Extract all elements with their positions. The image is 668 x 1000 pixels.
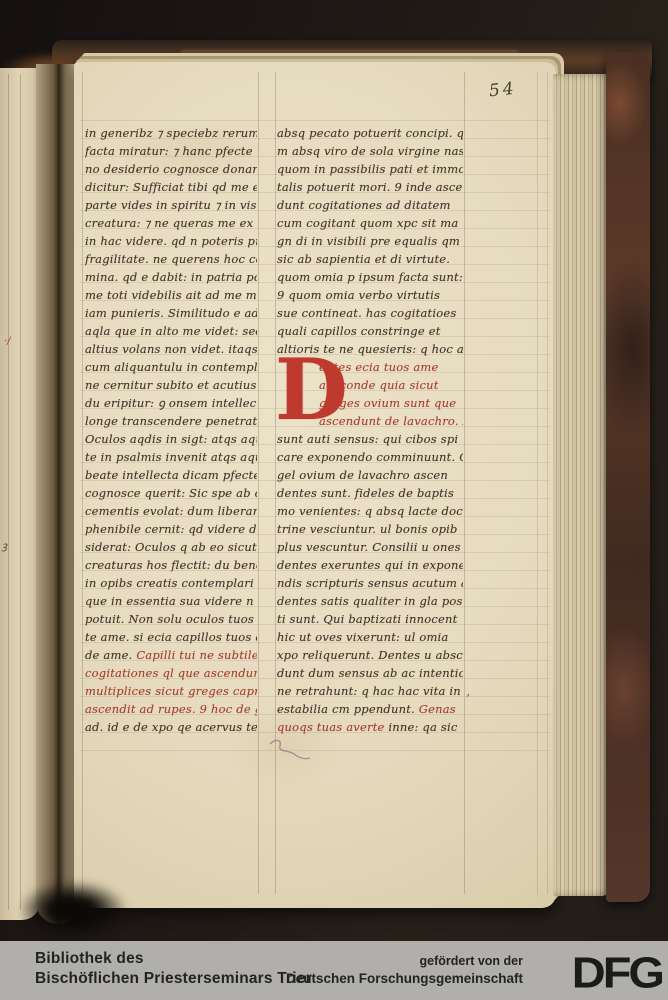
- manuscript-line: quoqs tuas averte inne: qa sic: [277, 718, 463, 736]
- book-spine-highlight: [180, 50, 520, 60]
- manuscript-line: beate intellecta dicam pfecte: [85, 466, 257, 484]
- ink-text: talis potuerit mori. 9 inde asce: [277, 180, 463, 194]
- ink-text: cum cogitant quom xpc sit ma: [277, 216, 458, 230]
- manuscript-line: hic ut oves vixerunt: ul omia: [277, 628, 463, 646]
- manuscript-line: in hac videre. qd n poteris previa: [85, 232, 257, 250]
- manuscript-line: ndis scripturis sensus acutum ad: [277, 574, 463, 592]
- ink-text: mo venientes: q absq lacte doc: [277, 504, 463, 518]
- column-rule: [464, 72, 465, 894]
- manuscript-line: dentes sunt. fideles de baptis: [277, 484, 463, 502]
- ink-text: cognosce querit: Sic spe ab ocult: [85, 486, 257, 500]
- ink-text: hic ut oves vixerunt: ul omia: [277, 630, 448, 644]
- ink-text: de ame.: [85, 648, 136, 662]
- manuscript-line: cum cogitant quom xpc sit ma: [277, 214, 463, 232]
- margin-rule: [547, 72, 548, 894]
- manuscript-line: Oculos aqdis in sigt: atqs aqua: [85, 430, 257, 448]
- manuscript-line: no desiderio cognosce donari. sz et: [85, 160, 257, 178]
- ink-text: cementis evolat: dum liberam: [85, 504, 257, 518]
- pen-flourish-mark: [268, 736, 312, 764]
- ink-text: in opibs creatis contemplari sita: [85, 576, 257, 590]
- ink-text: sic ab sapientia et di virtute.: [277, 252, 450, 266]
- ink-text: fragilitate. ne querens hoc confici: [85, 252, 257, 266]
- ink-text: potuit. Non solu oculos tuos au: [85, 612, 257, 626]
- rubric-text: ascendit ad rupes. 9 hoc de gala: [85, 702, 257, 716]
- ink-text: dunt dum sensus ab ac intentio: [277, 666, 463, 680]
- ink-text: m absq viro de sola virgine nasci.: [277, 144, 463, 158]
- ink-text: quom omia p ipsum facta sunt:: [277, 270, 463, 284]
- ink-text: parte vides in spiritu ⁊ in visibili: [85, 198, 257, 212]
- ink-text: quom in passibilis pati et immor: [277, 162, 463, 176]
- manuscript-line: iam punieris. Similitudo e ad: [85, 304, 257, 322]
- manuscript-line: mo venientes: q absq lacte doc: [277, 502, 463, 520]
- manuscript-line: me toti videbilis ait ad me man: [85, 286, 257, 304]
- ink-text: dunt cogitationes ad ditatem: [277, 198, 451, 212]
- manuscript-line: cogitationes ql que ascendunt: [85, 664, 257, 682]
- manuscript-line: ad. id e de xpo qe acervus testimo: [85, 718, 257, 736]
- manuscript-line: quali capillos constringe et: [277, 322, 463, 340]
- ink-text: dentes satis qualiter in gla posi: [277, 594, 463, 608]
- ink-text: gn di in visibili pre equalis qm: [277, 234, 460, 248]
- manuscript-line: que in essentia sua videre n: [85, 592, 257, 610]
- manuscript-line: te in psalmis invenit atqs aqua: [85, 448, 257, 466]
- facing-page-edge: ·/ ꝫ: [0, 68, 40, 920]
- ink-text: estabilia cm ppendunt.: [277, 702, 419, 716]
- manuscript-line: phenibile cernit: qd videre de: [85, 520, 257, 538]
- ink-text: quali capillos constringe et: [277, 324, 441, 338]
- manuscript-line: sue contineat. has cogitatioes: [277, 304, 463, 322]
- ink-text: plus vescuntur. Consilii u ones: [277, 540, 461, 554]
- ink-text: phenibile cernit: qd videre de: [85, 522, 257, 536]
- manuscript-line: dunt dum sensus ab ac intentio: [277, 664, 463, 682]
- manuscript-line: du eripitur: ꝯ onsem intellectu: [85, 394, 257, 412]
- rubric-text: quoqs tuas averte: [277, 720, 385, 734]
- manuscript-line: ascendit ad rupes. 9 hoc de gala: [85, 700, 257, 718]
- manuscript-line: in opibs creatis contemplari sita: [85, 574, 257, 592]
- ink-text: longe transcendere penetratur.: [85, 414, 257, 428]
- manuscript-line: de ame. Capilli tui ne subtiles: [85, 646, 257, 664]
- manuscript-line: sic ab sapientia et di virtute.: [277, 250, 463, 268]
- manuscript-line: gel ovium de lavachro ascen: [277, 466, 463, 484]
- manuscript-line: trine vesciuntur. ul bonis opib: [277, 520, 463, 538]
- manuscript-line: ti sunt. Qui baptizati innocent: [277, 610, 463, 628]
- ink-text: absq pecato potuerit concipi. quo: [277, 126, 463, 140]
- book-cover-board: [606, 52, 650, 902]
- ink-text: iam punieris. Similitudo e ad: [85, 306, 257, 320]
- ink-text: ne cernitur subito et acutius uo: [85, 378, 257, 392]
- manuscript-line: parte vides in spiritu ⁊ in visibili: [85, 196, 257, 214]
- manuscript-line: m absq viro de sola virgine nasci.: [277, 142, 463, 160]
- manuscript-line: creaturas hos flectit: du bene: [85, 556, 257, 574]
- ink-text: xpo reliquerunt. Dentes u abscon: [277, 648, 463, 662]
- ink-text: inne: qa sic: [385, 720, 458, 734]
- ink-text: Dentes: [459, 414, 463, 428]
- manuscript-line: dentes exeruntes qui in expone: [277, 556, 463, 574]
- ink-text: cum aliquantulu in contemplatio: [85, 360, 257, 374]
- ink-text: no desiderio cognosce donari. sz et: [85, 162, 257, 176]
- credit-footer-bar: Bibliothek des Bischöflichen Priestersem…: [0, 941, 668, 1000]
- ink-text: me toti videbilis ait ad me man: [85, 288, 257, 302]
- funding-credit: gefördert von der Deutschen Forschungsge…: [286, 952, 523, 988]
- manuscript-line: talis potuerit mori. 9 inde asce: [277, 178, 463, 196]
- ink-text: aqla que in alto me videt: sed: [85, 324, 257, 338]
- ink-text: te ame. si ecia capillos tuos com: [85, 630, 257, 644]
- manuscript-line: xpo reliquerunt. Dentes u abscon: [277, 646, 463, 664]
- digitized-manuscript-viewer: ·/ ꝫ 54 in generibz ⁊ speciebz rerum stu…: [0, 0, 668, 1000]
- margin-rule: [537, 72, 538, 894]
- ink-text: trine vesciuntur. ul bonis opib: [277, 522, 458, 536]
- manuscript-line: creatura: ⁊ ne queras me ex toto: [85, 214, 257, 232]
- column-rule: [258, 72, 259, 894]
- manuscript-line: cementis evolat: dum liberam: [85, 502, 257, 520]
- manuscript-line: quom omia p ipsum facta sunt:: [277, 268, 463, 286]
- ink-text: ne retrahunt: q hac hac vita in: [277, 684, 461, 698]
- manuscript-line: quom in passibilis pati et immor: [277, 160, 463, 178]
- page-block-fore-edge: [553, 74, 611, 896]
- ink-text: creaturas hos flectit: du bene: [85, 558, 257, 572]
- manuscript-line: te ame. si ecia capillos tuos com: [85, 628, 257, 646]
- manuscript-line: mina. qd e dabit: in patria pollici: [85, 268, 257, 286]
- manuscript-line: fragilitate. ne querens hoc confici: [85, 250, 257, 268]
- ink-text: sue contineat. has cogitatioes: [277, 306, 456, 320]
- ink-text: 9 quom omia verbo virtutis: [277, 288, 440, 302]
- ink-text: dentes sunt. fideles de baptis: [277, 486, 454, 500]
- manuscript-line: potuit. Non solu oculos tuos au: [85, 610, 257, 628]
- ink-text: ti sunt. Qui baptizati innocent: [277, 612, 457, 626]
- page-edge-line: [8, 74, 9, 910]
- page-edge-line: [20, 74, 21, 910]
- ink-text: siderat: Oculos q ab eo sicut ad: [85, 540, 257, 554]
- library-credit: Bibliothek des Bischöflichen Priestersem…: [35, 949, 312, 989]
- ink-text: dentes exeruntes qui in expone: [277, 558, 463, 572]
- funding-credit-line2: Deutschen Forschungsgemeinschaft: [286, 970, 523, 988]
- manuscript-line: cum aliquantulu in contemplatio: [85, 358, 257, 376]
- funding-credit-line1: gefördert von der: [286, 952, 523, 970]
- ink-text: ad. id e de xpo qe acervus testimo: [85, 720, 257, 734]
- rubricated-initial-D: D: [275, 352, 348, 428]
- manuscript-line: gn di in visibili pre equalis qm: [277, 232, 463, 250]
- rubric-text: multiplices sicut greges caprinu: [85, 684, 257, 698]
- ink-text: altius volans non videt. itaqs: [85, 342, 257, 356]
- manuscript-line: dunt cogitationes ad ditatem: [277, 196, 463, 214]
- ink-text: facta miratur: ⁊ hanc pfecte mag: [85, 144, 257, 158]
- ink-text: beate intellecta dicam pfecte: [85, 468, 257, 482]
- manuscript-line: aqla que in alto me videt: sed: [85, 322, 257, 340]
- ink-text: que in essentia sua videre n: [85, 594, 254, 608]
- manuscript-line: ne retrahunt: q hac hac vita in: [277, 682, 463, 700]
- manuscript-line: altius volans non videt. itaqs: [85, 340, 257, 358]
- column-rule: [82, 72, 83, 894]
- ink-text: creatura: ⁊ ne queras me ex toto: [85, 216, 257, 230]
- manuscript-line: in generibz ⁊ speciebz rerum stupe: [85, 124, 257, 142]
- column-rule: [275, 72, 276, 894]
- manuscript-line: siderat: Oculos q ab eo sicut ad: [85, 538, 257, 556]
- ink-text: dicitur: Sufficiat tibi qd me ex: [85, 180, 257, 194]
- gutter-bottom-shadow: [18, 880, 128, 940]
- ink-text: du eripitur: ꝯ onsem intellectu: [85, 396, 257, 410]
- manuscript-line: care exponendo comminuunt. Gre: [277, 448, 463, 466]
- ink-text: te in psalmis invenit atqs aqua: [85, 450, 257, 464]
- manuscript-line: cognosce querit: Sic spe ab ocult: [85, 484, 257, 502]
- manuscript-line: facta miratur: ⁊ hanc pfecte mag: [85, 142, 257, 160]
- ink-text: care exponendo comminuunt. Gre: [277, 450, 463, 464]
- manuscript-line: dicitur: Sufficiat tibi qd me ex: [85, 178, 257, 196]
- ink-text: in generibz ⁊ speciebz rerum stupe: [85, 126, 257, 140]
- ink-text: mina. qd e dabit: in patria pollici: [85, 270, 257, 284]
- manuscript-line: longe transcendere penetratur.: [85, 412, 257, 430]
- marginal-red-mark: ·/: [4, 336, 11, 347]
- library-credit-line1: Bibliothek des: [35, 949, 312, 969]
- marginal-ink-mark: ꝫ: [2, 538, 7, 552]
- manuscript-line: absq pecato potuerit concipi. quo: [277, 124, 463, 142]
- manuscript-line: ne cernitur subito et acutius uo: [85, 376, 257, 394]
- rubric-text: Genas: [419, 702, 456, 716]
- rubric-text: Capilli tui ne subtiles: [136, 648, 257, 662]
- manuscript-line: estabilia cm ppendunt. Genas: [277, 700, 463, 718]
- ink-text: in hac videre. qd n poteris previa: [85, 234, 257, 248]
- ink-text: ndis scripturis sensus acutum ad: [277, 576, 463, 590]
- text-column-left: in generibz ⁊ speciebz rerum stupefacta …: [85, 124, 257, 738]
- library-credit-line2: Bischöflichen Priesterseminars Trier: [35, 969, 312, 989]
- manuscript-line: 9 quom omia verbo virtutis: [277, 286, 463, 304]
- dfg-logo: DFG: [572, 947, 662, 998]
- marginal-apostrophe-mark: ’: [466, 692, 470, 706]
- manuscript-line: dentes satis qualiter in gla posi: [277, 592, 463, 610]
- manuscript-line: multiplices sicut greges caprinu: [85, 682, 257, 700]
- ink-text: gel ovium de lavachro ascen: [277, 468, 448, 482]
- rubric-text: cogitationes ql que ascendunt: [85, 666, 257, 680]
- folio-number: 54: [488, 79, 518, 102]
- ink-text: Oculos aqdis in sigt: atqs aqua: [85, 432, 257, 446]
- manuscript-line: plus vescuntur. Consilii u ones: [277, 538, 463, 556]
